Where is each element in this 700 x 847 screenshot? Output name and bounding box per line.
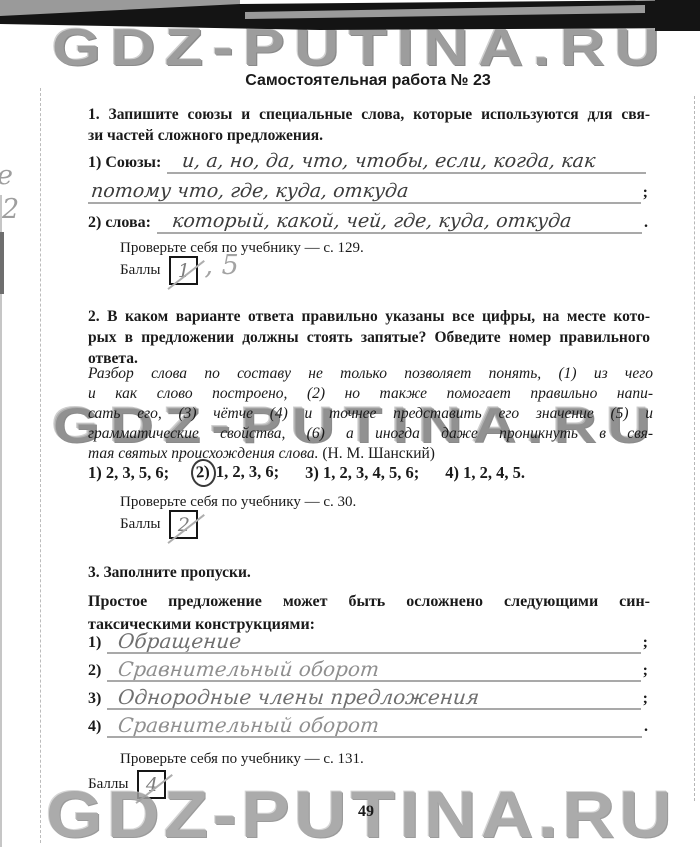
score-box: 1 (169, 256, 198, 285)
task2-score: Баллы 2 (120, 510, 198, 539)
line-tail (646, 172, 648, 174)
margin-pencil-mark: 2 (2, 194, 19, 225)
workbook-page: е 2 GDZ-PUTINA.RU GDZ-PUTINA.RU GDZ-PUTI… (0, 0, 700, 847)
task1-check-note: Проверьте себя по учебнику — с. 129. (120, 240, 364, 257)
handwritten-answer: Сравнительный оборот (107, 659, 380, 680)
passage-line: сать его, (3) чётче (4) и точнее предста… (88, 404, 653, 424)
task3-score: Баллы 4 (88, 770, 166, 799)
line-label: 2) слова: (88, 214, 157, 234)
answer-line-conjunctions-2: потому что, где, куда, откуда ; (88, 176, 648, 204)
task2-prompt: 2. В каком варианте ответа правильно ука… (88, 306, 650, 369)
answer-line-words: 2) слова: который, какой, чей, где, куда… (88, 206, 648, 234)
line-tail: ; (641, 184, 648, 204)
page-title: Самостоятельная работа № 23 (88, 72, 648, 90)
score-value: 2 (178, 514, 190, 536)
option-values: 2, 3, 5, 6; (106, 463, 169, 482)
line-tail: ; (641, 690, 648, 710)
passage-author: (Н. М. Шанский) (322, 445, 435, 462)
task3-prompt-line: Простое предложение может быть осложнено… (88, 590, 650, 613)
line-label: 1) Союзы: (88, 154, 167, 174)
handwritten-answer: и, а, но, да, что, чтобы, если, когда, к… (167, 152, 596, 172)
handwritten-answer: который, какой, чей, где, куда, откуда (157, 212, 572, 232)
answer-rule: и, а, но, да, что, чтобы, если, когда, к… (167, 144, 646, 174)
option-2: 2)1, 2, 3, 6; (195, 462, 279, 484)
task3-header: 3. Заполните пропуски. (88, 562, 650, 583)
task2-prompt-line: рых в предложении должны стоять запятые?… (88, 327, 650, 348)
option-number: 1) (88, 463, 102, 482)
task1-prompt-line: 1. Запишите союзы и специальные слова, к… (88, 104, 650, 125)
margin-pencil-mark: е (0, 160, 13, 191)
score-label: Баллы (88, 776, 128, 793)
score-note: , 5 (204, 250, 238, 281)
task1-score: Баллы 1 , 5 (120, 256, 239, 285)
handwritten-answer: Однородные члены предложения (107, 687, 480, 708)
answer-line-conjunctions: 1) Союзы: и, а, но, да, что, чтобы, если… (88, 146, 648, 174)
passage-line: грамматические свойства, (6) а иногда да… (88, 424, 653, 444)
option-values: 1, 2, 3, 6; (216, 462, 279, 481)
option-number: 4) (445, 463, 459, 482)
task1-prompt-line: зи частей сложного предложения. (88, 125, 650, 146)
answer-rule: Сравнительный оборот (107, 652, 640, 682)
option-1: 1) 2, 3, 5, 6; (88, 463, 169, 483)
option-4: 4) 1, 2, 4, 5. (445, 463, 525, 483)
line-label: 1) (88, 634, 107, 654)
score-value: 1 (178, 260, 190, 282)
option-values: 1, 2, 3, 4, 5, 6; (323, 463, 419, 482)
score-box: 2 (169, 510, 198, 539)
handwritten-answer: потому что, где, куда, откуда (88, 182, 409, 202)
answer-rule: который, какой, чей, где, куда, откуда (157, 204, 642, 234)
line-label: 3) (88, 690, 107, 710)
answer-rule: Обращение (107, 624, 640, 654)
answer-rule: Однородные члены предложения (107, 680, 640, 710)
score-label: Баллы (120, 262, 160, 279)
score-label: Баллы (120, 516, 160, 533)
line-label: 4) (88, 718, 107, 738)
answer-rule: потому что, где, куда, откуда (88, 174, 641, 204)
blank-line-3: 3) Однородные члены предложения ; (88, 682, 648, 710)
task2-options-row: 1) 2, 3, 5, 6; 2)1, 2, 3, 6; 3) 1, 2, 3,… (88, 462, 663, 484)
passage-line: и как слово построено, (2) но также помо… (88, 384, 653, 404)
option-3: 3) 1, 2, 3, 4, 5, 6; (305, 463, 419, 483)
task2-check-note: Проверьте себя по учебнику — с. 30. (120, 494, 356, 511)
task1-prompt: 1. Запишите союзы и специальные слова, к… (88, 104, 650, 146)
passage-line: тая святых происхождения слова. (Н. М. Ш… (88, 444, 653, 464)
passage-line: Разбор слова по составу не только позвол… (88, 364, 653, 384)
score-box: 4 (137, 770, 166, 799)
line-tail: ; (641, 662, 648, 682)
scan-artifact-top (0, 0, 700, 34)
task3-check-note: Проверьте себя по учебнику — с. 131. (120, 751, 364, 768)
margin-rule-left (40, 88, 41, 843)
circled-option-number: 2) (190, 458, 217, 488)
blank-line-1: 1) Обращение ; (88, 626, 648, 654)
line-tail: ; (641, 634, 648, 654)
answer-rule: Сравнительный оборот (107, 708, 642, 738)
line-tail: . (642, 214, 648, 234)
handwritten-answer: Обращение (107, 631, 242, 652)
line-label: 2) (88, 662, 107, 682)
line-tail: . (642, 718, 648, 738)
option-values: 1, 2, 4, 5. (463, 463, 525, 482)
task2-prompt-line: 2. В каком варианте ответа правильно ука… (88, 306, 650, 327)
task2-passage: Разбор слова по составу не только позвол… (88, 364, 653, 464)
margin-rule-right (694, 96, 695, 801)
option-number: 3) (305, 463, 319, 482)
blank-line-2: 2) Сравнительный оборот ; (88, 654, 648, 682)
page-number: 49 (358, 803, 374, 821)
scan-edge-dark-bar (0, 232, 4, 294)
score-value: 4 (146, 774, 158, 796)
handwritten-answer: Сравнительный оборот (107, 715, 380, 736)
blank-line-4: 4) Сравнительный оборот . (88, 710, 648, 738)
